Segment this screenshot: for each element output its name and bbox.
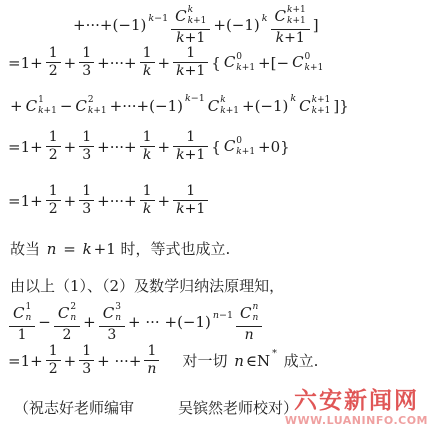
- fraction-denominator: 3: [79, 360, 94, 377]
- math-text: +(−1): [242, 97, 288, 116]
- fraction-numerator: 1: [79, 344, 94, 360]
- formula-line-5: =1+12+13+···+1k+1k+1: [8, 184, 209, 218]
- fraction-numerator: C3n: [99, 302, 125, 326]
- text: ∈N: [246, 352, 270, 371]
- math-text: k: [143, 148, 151, 163]
- math-text: 2: [49, 148, 58, 163]
- fraction: Cnnn: [236, 302, 262, 343]
- math-text: 1: [186, 130, 195, 145]
- fraction: C2n2: [54, 302, 80, 343]
- math-text: 1: [49, 344, 58, 359]
- text: （祝志好老师编审: [14, 399, 134, 418]
- binomial-base: C: [75, 99, 86, 114]
- fraction-denominator: 2: [54, 326, 80, 343]
- formula-line-6: C1n1−C2n2+C3n3+ ··· +(−1)n−1Cnnn: [8, 302, 263, 343]
- binomial-base: C: [292, 55, 303, 70]
- math-text: −: [38, 313, 51, 332]
- math-text: n: [245, 328, 254, 343]
- math-text: +: [64, 352, 77, 371]
- math-text: 1: [82, 344, 91, 359]
- formula-line-4: =1+12+13+···+1k+1k+1{C0k+1+0}: [8, 130, 290, 164]
- binomial-coefficient: Ckk+1: [208, 95, 239, 118]
- text-line-conclusion-k1: 故当 n = k+1 时，等式也成立.: [10, 240, 230, 259]
- binomial-scripts: kk+1: [220, 95, 239, 118]
- fraction-numerator: 1: [79, 130, 94, 146]
- formula-line-3: +C1k+1−C2k+1+···+(−1)k−1Ckk+1+(−1)kCk+1k…: [10, 95, 349, 118]
- fraction-denominator: 3: [79, 146, 94, 163]
- math-text: +(−1): [213, 16, 259, 35]
- binomial-base: C: [299, 99, 310, 114]
- document-page: +···+(−1)k−1Ckk+1k+1+(−1)kCk+1k+1k+1]=1+…: [0, 0, 429, 434]
- binomial-base: C: [208, 99, 219, 114]
- math-text: + ··· +(−1): [128, 313, 211, 332]
- text: 成立.: [279, 352, 319, 371]
- binomial-base: C: [275, 9, 286, 24]
- fraction: 1k: [140, 130, 155, 164]
- fraction: 13: [79, 184, 94, 218]
- math-text: +[−: [258, 54, 289, 73]
- text: =: [58, 240, 80, 259]
- fraction: 1k: [140, 184, 155, 218]
- math-text: 1: [147, 344, 156, 359]
- binomial-scripts: k+1k+1: [287, 5, 306, 28]
- binomial-coefficient: C2k+1: [75, 95, 106, 118]
- math-text: 2: [49, 202, 58, 217]
- fraction-denominator: k: [140, 62, 155, 79]
- binomial-coefficient: C1k+1: [26, 95, 57, 118]
- math-text: +···+: [97, 54, 137, 73]
- math-text: k+1: [176, 64, 205, 79]
- math-text: =1+: [8, 54, 43, 73]
- math-text: 1: [49, 46, 58, 61]
- math-text: k+1: [176, 202, 205, 217]
- math-text: =1+: [8, 192, 43, 211]
- fraction-numerator: 1: [140, 46, 155, 62]
- math-text: 3: [82, 362, 91, 377]
- math-text: 1: [186, 184, 195, 199]
- math-text: 2: [49, 64, 58, 79]
- binomial-base: C: [175, 9, 186, 24]
- binomial-coefficient: Cnn: [240, 302, 258, 325]
- math-text: + ···+: [97, 352, 141, 371]
- fraction-numerator: 1: [46, 130, 61, 146]
- fraction: 12: [46, 130, 61, 164]
- math-text: {: [211, 138, 221, 157]
- formula-line-1: +···+(−1)k−1Ckk+1k+1+(−1)kCk+1k+1k+1]: [73, 5, 319, 46]
- math-text: 1: [82, 46, 91, 61]
- binomial-scripts: k+1k+1: [312, 95, 331, 118]
- fraction: 1k: [140, 46, 155, 80]
- math-text: ]: [313, 16, 319, 35]
- math-text: k: [83, 240, 92, 259]
- binomial-scripts: 2k+1: [88, 95, 107, 118]
- math-text: 1: [186, 46, 195, 61]
- math-text: 1: [49, 184, 58, 199]
- binomial-coefficient: C2n: [58, 302, 76, 325]
- fraction: 1k+1: [173, 184, 208, 218]
- fraction-denominator: k+1: [173, 62, 208, 79]
- fraction-numerator: 1: [173, 184, 208, 200]
- superscript: k: [290, 93, 296, 105]
- binomial-coefficient: C0k+1: [224, 136, 255, 159]
- fraction-numerator: 1: [46, 46, 61, 62]
- fraction-numerator: 1: [173, 46, 208, 62]
- fraction-denominator: k+1: [173, 146, 208, 163]
- binomial-scripts: 0k+1: [236, 52, 255, 75]
- text-line-induction: 由以上（1）、（2）及数学归纳法原理知，: [10, 277, 284, 296]
- binomial-coefficient: C0k+1: [224, 52, 255, 75]
- binomial-scripts: 3n: [115, 302, 121, 325]
- math-text: +: [10, 97, 23, 116]
- math-text: 3: [82, 148, 91, 163]
- binomial-scripts: kk+1: [188, 5, 207, 28]
- watermark-title: 六安新闻网: [285, 389, 428, 413]
- math-text: +···+(−1): [73, 16, 146, 35]
- superscript: k−1: [148, 13, 168, 25]
- text: 吴镔然老师校对）: [178, 399, 298, 418]
- binomial-base: C: [224, 139, 235, 154]
- math-text: k+1: [176, 148, 205, 163]
- text: +1 时，等式也成立.: [94, 240, 231, 259]
- math-text: +: [158, 192, 171, 211]
- fraction-numerator: 1: [46, 344, 61, 360]
- math-text: k: [143, 202, 151, 217]
- fraction-numerator: 1: [46, 184, 61, 200]
- math-text: 1: [143, 46, 152, 61]
- math-text: 3: [82, 202, 91, 217]
- math-text: {: [211, 54, 221, 73]
- binomial-base: C: [103, 306, 114, 321]
- math-text: ]}: [333, 97, 348, 116]
- math-text: =1+: [8, 138, 43, 157]
- math-text: +···+(−1): [110, 97, 183, 116]
- fraction-numerator: Ck+1k+1: [271, 5, 310, 29]
- binomial-base: C: [240, 306, 251, 321]
- binomial-scripts: nn: [253, 302, 259, 325]
- fraction-denominator: n: [236, 326, 262, 343]
- fraction-denominator: k: [140, 200, 155, 217]
- math-text: 2: [49, 362, 58, 377]
- binomial-coefficient: Ckk+1: [175, 5, 206, 28]
- fraction-denominator: 2: [46, 360, 61, 377]
- math-text: +: [64, 138, 77, 157]
- binomial-base: C: [13, 306, 24, 321]
- math-text: 2: [63, 328, 72, 343]
- math-text: =1+: [8, 352, 43, 371]
- fraction: 13: [79, 344, 94, 378]
- watermark: 六安新闻网 WWW.LUANINFO.COM: [285, 389, 428, 427]
- binomial-base: C: [224, 55, 235, 70]
- fraction-denominator: 2: [46, 62, 61, 79]
- fraction-denominator: 2: [46, 200, 61, 217]
- math-text: +: [83, 313, 96, 332]
- fraction: 13: [79, 130, 94, 164]
- fraction: 13: [79, 46, 94, 80]
- math-text: 1: [82, 184, 91, 199]
- fraction-denominator: 2: [46, 146, 61, 163]
- math-text: n: [234, 352, 244, 371]
- fraction-denominator: k+1: [173, 200, 208, 217]
- math-text: n: [147, 362, 156, 377]
- fraction-denominator: 3: [79, 200, 94, 217]
- fraction: Ckk+1k+1: [171, 5, 210, 46]
- math-text: +···+: [97, 138, 137, 157]
- math-text: +0}: [258, 138, 290, 157]
- fraction-denominator: 1: [9, 326, 35, 343]
- binomial-coefficient: C1n: [13, 302, 31, 325]
- fraction: 12: [46, 46, 61, 80]
- math-text: k+1: [276, 31, 305, 46]
- fraction-numerator: 1: [140, 184, 155, 200]
- text: 故当: [10, 240, 45, 259]
- fraction-numerator: Cnn: [236, 302, 262, 326]
- fraction: 1k+1: [173, 46, 208, 80]
- binomial-scripts: 0k+1: [305, 52, 324, 75]
- fraction-numerator: Ckk+1: [171, 5, 210, 29]
- fraction-numerator: 1: [79, 184, 94, 200]
- binomial-coefficient: Ck+1k+1: [275, 5, 306, 28]
- fraction-denominator: 3: [99, 326, 125, 343]
- binomial-base: C: [26, 99, 37, 114]
- math-text: 3: [82, 64, 91, 79]
- fraction-numerator: 1: [173, 130, 208, 146]
- binomial-scripts: 0k+1: [236, 136, 255, 159]
- binomial-coefficient: C0k+1: [292, 52, 323, 75]
- math-text: n: [47, 240, 57, 259]
- formula-line-2: =1+12+13+···+1k+1k+1{C0k+1+[−C0k+1: [8, 46, 324, 80]
- text: 对一切: [182, 352, 232, 371]
- fraction-denominator: 3: [79, 62, 94, 79]
- math-text: 1: [49, 130, 58, 145]
- fraction-denominator: k+1: [171, 29, 210, 46]
- text: 由以上（1）、（2）及数学归纳法原理知，: [10, 277, 284, 296]
- fraction: C1n1: [9, 302, 35, 343]
- fraction: 12: [46, 184, 61, 218]
- math-text: k: [143, 64, 151, 79]
- math-text: 3: [107, 328, 116, 343]
- math-text: −: [60, 97, 73, 116]
- fraction-numerator: C2n: [54, 302, 80, 326]
- fraction-denominator: k: [140, 146, 155, 163]
- math-text: 1: [82, 130, 91, 145]
- fraction-numerator: C1n: [9, 302, 35, 326]
- binomial-base: C: [58, 306, 69, 321]
- math-text: 1: [18, 328, 27, 343]
- text-line-credits: （祝志好老师编审吴镔然老师校对）: [14, 399, 298, 418]
- fraction: 1k+1: [173, 130, 208, 164]
- fraction-numerator: 1: [79, 46, 94, 62]
- binomial-scripts: 2n: [70, 302, 76, 325]
- superscript: k: [262, 13, 268, 25]
- math-text: 1: [143, 184, 152, 199]
- formula-line-7: =1+12+13+ ···+1n对一切 n∈N* 成立.: [8, 344, 318, 378]
- math-text: +: [158, 54, 171, 73]
- fraction: 1n: [144, 344, 159, 378]
- math-text: +: [64, 192, 77, 211]
- fraction: 12: [46, 344, 61, 378]
- fraction-numerator: 1: [140, 130, 155, 146]
- math-text: k+1: [176, 31, 205, 46]
- fraction-numerator: 1: [144, 344, 159, 360]
- superscript: *: [272, 348, 277, 360]
- math-text: +: [158, 138, 171, 157]
- fraction-denominator: n: [144, 360, 159, 377]
- fraction: C3n3: [99, 302, 125, 343]
- binomial-coefficient: Ck+1k+1: [299, 95, 330, 118]
- math-text: +···+: [97, 192, 137, 211]
- watermark-url: WWW.LUANINFO.COM: [285, 415, 428, 427]
- math-text: +: [64, 54, 77, 73]
- fraction: Ck+1k+1k+1: [271, 5, 310, 46]
- binomial-scripts: 1n: [25, 302, 31, 325]
- fraction-denominator: k+1: [271, 29, 310, 46]
- math-text: 1: [143, 130, 152, 145]
- superscript: n−1: [213, 310, 233, 322]
- binomial-coefficient: C3n: [103, 302, 121, 325]
- binomial-scripts: 1k+1: [38, 95, 57, 118]
- superscript: k−1: [185, 93, 205, 105]
